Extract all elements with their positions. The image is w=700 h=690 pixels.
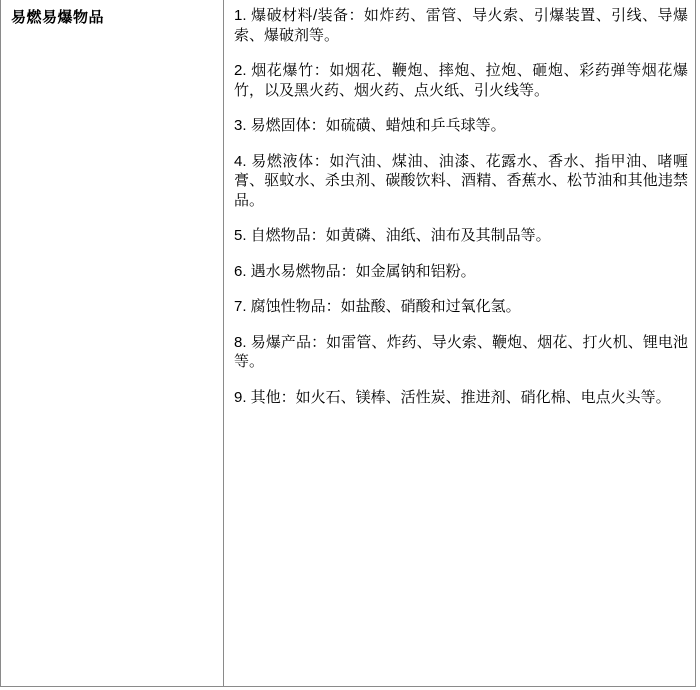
item-paragraph-2: 2. 烟花爆竹：如烟花、鞭炮、摔炮、拉炮、砸炮、彩药弹等烟花爆竹，以及黑火药、烟…: [234, 61, 688, 100]
item-paragraph-3: 3. 易燃固体：如硫磺、蜡烛和乒乓球等。: [234, 116, 688, 136]
item-paragraph-8: 8. 易爆产品：如雷管、炸药、导火索、鞭炮、烟花、打火机、锂电池等。: [234, 333, 688, 372]
item-paragraph-5: 5. 自燃物品：如黄磷、油纸、油布及其制品等。: [234, 226, 688, 246]
item-paragraph-1: 1. 爆破材料/装备：如炸药、雷管、导火索、引爆装置、引线、导爆索、爆破剂等。: [234, 6, 688, 45]
item-paragraph-9: 9. 其他：如火石、镁棒、活性炭、推进剂、硝化棉、电点火头等。: [234, 388, 688, 408]
item-paragraph-6: 6. 遇水易燃物品：如金属钠和铝粉。: [234, 262, 688, 282]
items-cell: 1. 爆破材料/装备：如炸药、雷管、导火索、引爆装置、引线、导爆索、爆破剂等。 …: [224, 0, 695, 686]
category-label: 易燃易爆物品: [11, 8, 213, 28]
category-cell: 易燃易爆物品: [1, 0, 224, 686]
item-paragraph-7: 7. 腐蚀性物品：如盐酸、硝酸和过氧化氢。: [234, 297, 688, 317]
prohibited-items-table-row: 易燃易爆物品 1. 爆破材料/装备：如炸药、雷管、导火索、引爆装置、引线、导爆索…: [0, 0, 696, 687]
item-paragraph-4: 4. 易燃液体：如汽油、煤油、油漆、花露水、香水、指甲油、啫喱膏、驱蚊水、杀虫剂…: [234, 152, 688, 211]
